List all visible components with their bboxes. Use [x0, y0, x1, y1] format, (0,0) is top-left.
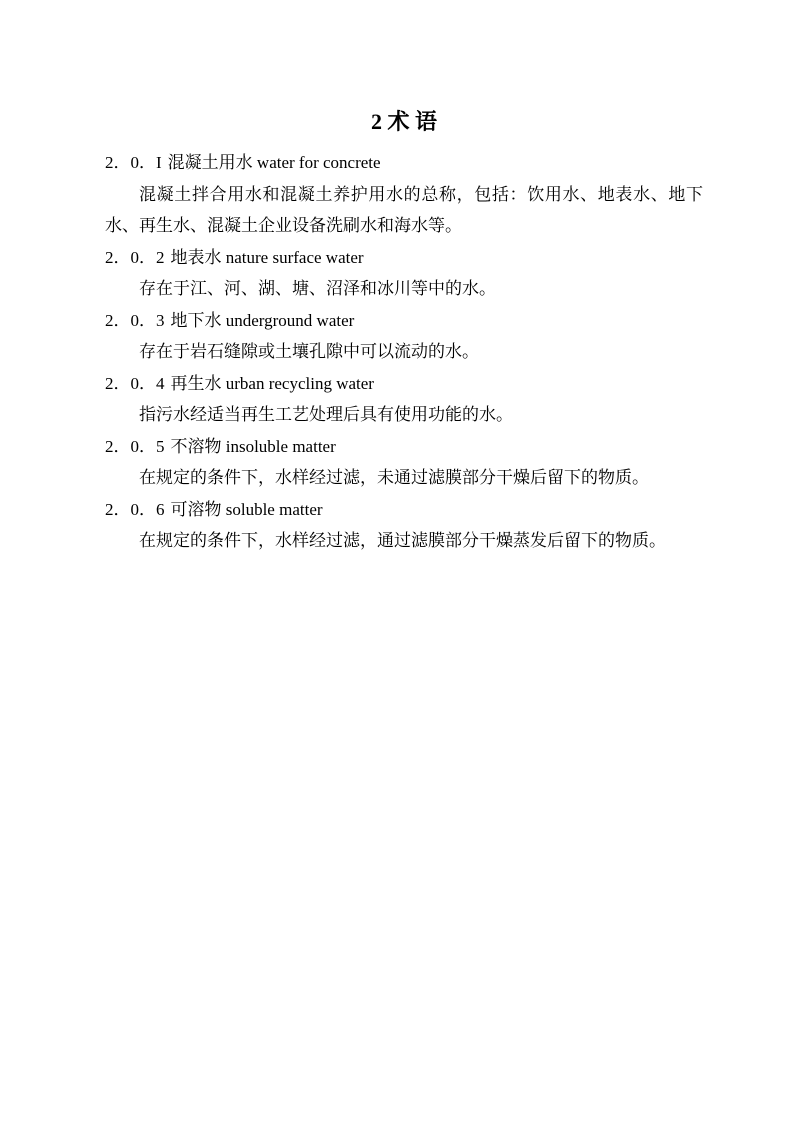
term-definition: 混凝土拌合用水和混凝土养护用水的总称，包括：饮用水、地表水、地下水、再生水、混凝…: [105, 179, 703, 242]
term-number: 2．0．6: [105, 500, 165, 519]
term-name-en: underground water: [226, 311, 355, 330]
term-definition: 存在于江、河、湖、塘、沼泽和冰川等中的水。: [105, 273, 703, 305]
term-name-cn: 再生水: [171, 374, 222, 393]
term-number: 2．0．5: [105, 437, 165, 456]
term-name-cn: 地下水: [171, 311, 222, 330]
term-definition: 指污水经适当再生工艺处理后具有使用功能的水。: [105, 399, 703, 431]
term-definition: 在规定的条件下，水样经过滤，通过滤膜部分干燥蒸发后留下的物质。: [105, 525, 703, 557]
term-number: 2．0．3: [105, 311, 165, 330]
term-entry: 2．0．2地表水 nature surface water 存在于江、河、湖、塘…: [105, 242, 703, 305]
term-name-cn: 不溶物: [171, 437, 222, 456]
term-entry: 2．0．5不溶物 insoluble matter 在规定的条件下，水样经过滤，…: [105, 431, 703, 494]
term-heading: 2．0．I混凝土用水 water for concrete: [105, 147, 703, 179]
term-definition: 存在于岩石缝隙或土壤孔隙中可以流动的水。: [105, 336, 703, 368]
term-name-en: nature surface water: [226, 248, 364, 267]
term-name-cn: 混凝土用水: [168, 153, 253, 172]
term-number: 2．0．2: [105, 248, 165, 267]
term-name-en: insoluble matter: [226, 437, 336, 456]
term-definition: 在规定的条件下，水样经过滤，未通过滤膜部分干燥后留下的物质。: [105, 462, 703, 494]
term-name-cn: 地表水: [171, 248, 222, 267]
chapter-title: 2 术 语: [105, 106, 703, 138]
term-heading: 2．0．6可溶物 soluble matter: [105, 494, 703, 526]
term-name-en: soluble matter: [226, 500, 323, 519]
term-entry: 2．0．4再生水 urban recycling water 指污水经适当再生工…: [105, 368, 703, 431]
term-entry: 2．0．6可溶物 soluble matter 在规定的条件下，水样经过滤，通过…: [105, 494, 703, 557]
term-heading: 2．0．2地表水 nature surface water: [105, 242, 703, 274]
term-heading: 2．0．4再生水 urban recycling water: [105, 368, 703, 400]
term-entry: 2．0．3地下水 underground water 存在于岩石缝隙或土壤孔隙中…: [105, 305, 703, 368]
document-content: 2 术 语 2．0．I混凝土用水 water for concrete 混凝土拌…: [0, 0, 800, 557]
term-name-en: urban recycling water: [226, 374, 374, 393]
term-number: 2．0．4: [105, 374, 165, 393]
document-page: 2 术 语 2．0．I混凝土用水 water for concrete 混凝土拌…: [0, 0, 800, 1131]
term-heading: 2．0．3地下水 underground water: [105, 305, 703, 337]
term-name-cn: 可溶物: [171, 500, 222, 519]
term-heading: 2．0．5不溶物 insoluble matter: [105, 431, 703, 463]
term-name-en: water for concrete: [257, 153, 381, 172]
term-number: 2．0．I: [105, 153, 162, 172]
term-entry: 2．0．I混凝土用水 water for concrete 混凝土拌合用水和混凝…: [105, 147, 703, 242]
